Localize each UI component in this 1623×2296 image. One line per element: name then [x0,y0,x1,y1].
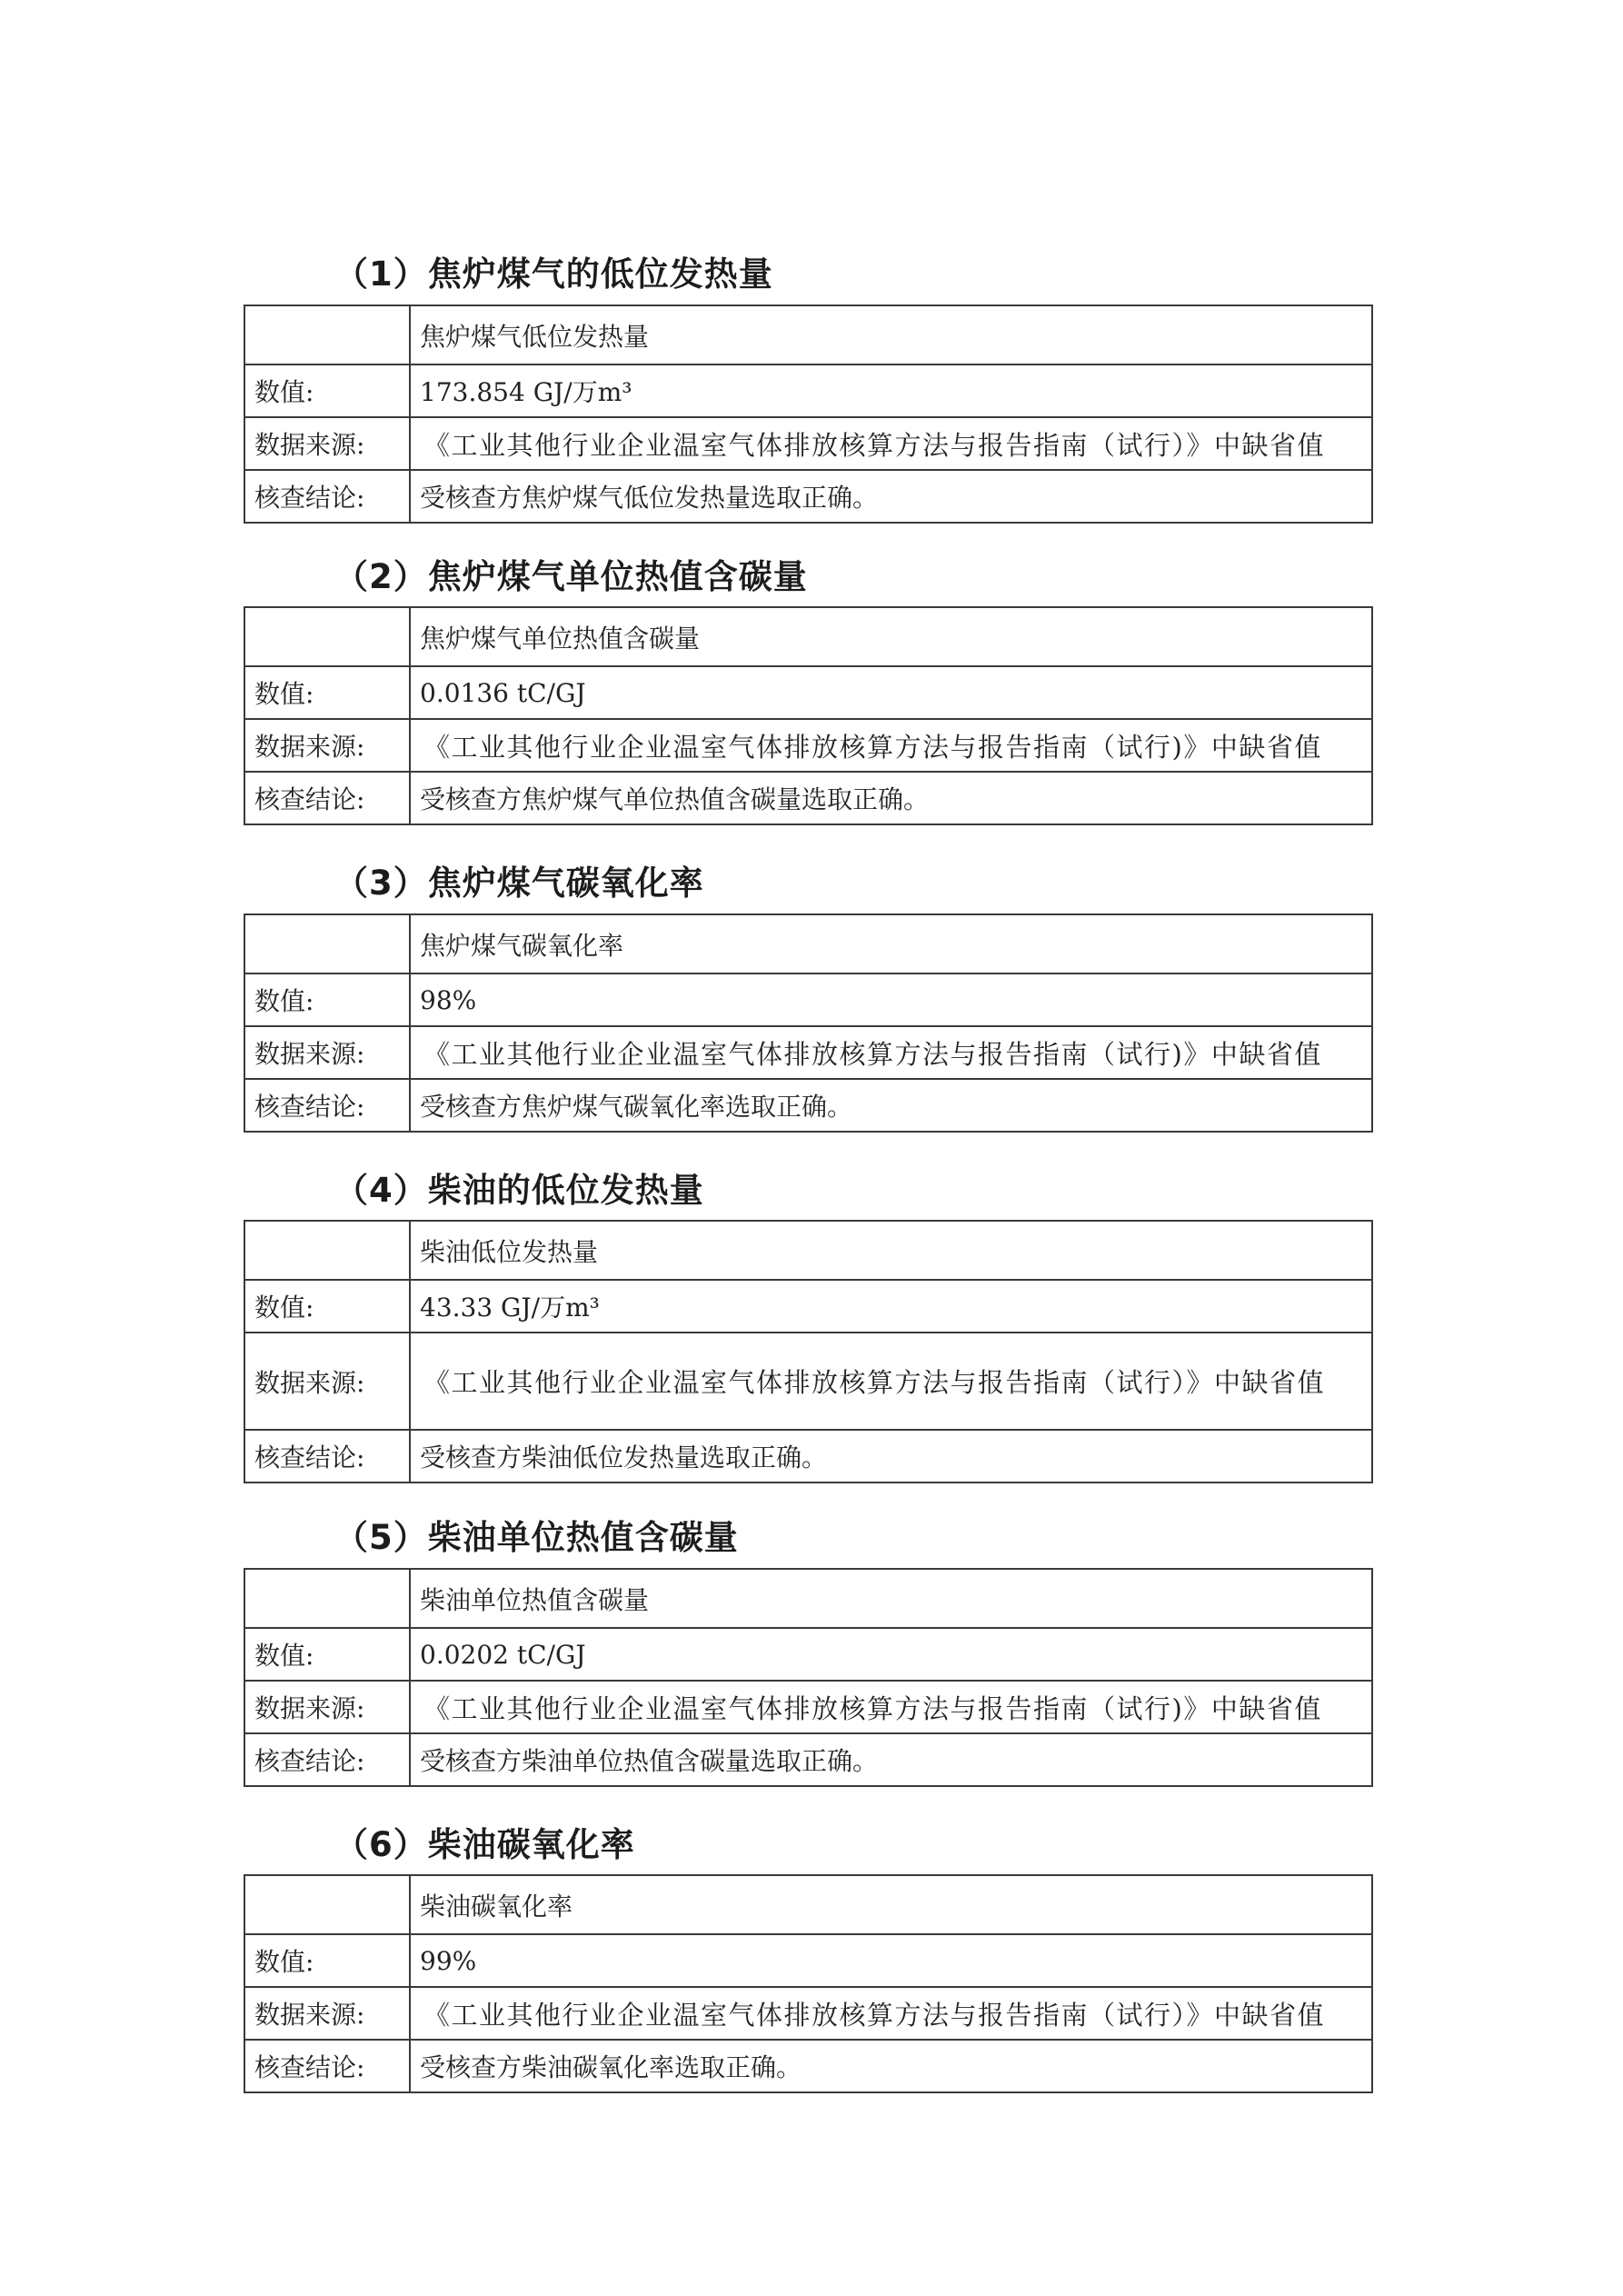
source-label: 数据来源: [244,1681,410,1733]
source-cell: 《工业其他行业企业温室气体排放核算方法与报告指南（试行)》中缺省值 [410,1681,1372,1733]
conclusion-label: 核查结论: [244,2040,410,2092]
value-label: 数值: [244,364,410,417]
conclusion-label: 核查结论: [244,1079,410,1132]
table-row-conclusion: 核查结论: 受核查方焦炉煤气碳氧化率选取正确。 [244,1079,1372,1132]
table-row-source: 数据来源: 《工业其他行业企业温室气体排放核算方法与报告指南（试行)》中缺省值 [244,1026,1372,1079]
value-cell: 43.33 GJ/万m³ [410,1280,1372,1333]
empty-label-cell [244,305,410,364]
section-6-table: 柴油碳氧化率 数值: 99% 数据来源: 《工业其他行业企业温室气体排放核算方法… [244,1874,1373,2093]
source-cell: 《工业其他行业企业温室气体排放核算方法与报告指南（试行)》中缺省值 [410,1026,1372,1079]
empty-label-cell [244,1569,410,1628]
value-cell: 99% [410,1934,1372,1987]
table-row-parameter: 焦炉煤气碳氧化率 [244,914,1372,973]
value-label: 数值: [244,666,410,719]
table-row-source: 数据来源: 《工业其他行业企业温室气体排放核算方法与报告指南（试行）》中缺省值 [244,417,1372,470]
table-row-value: 数值: 0.0136 tC/GJ [244,666,1372,719]
table-row-conclusion: 核查结论: 受核查方柴油碳氧化率选取正确。 [244,2040,1372,2092]
parameter-name: 柴油单位热值含碳量 [410,1569,1372,1628]
table-row-source: 数据来源: 《工业其他行业企业温室气体排放核算方法与报告指南（试行)》中缺省值 [244,1681,1372,1733]
source-label: 数据来源: [244,1987,410,2040]
section-6-heading: （6）柴油碳氧化率 [334,1825,635,1865]
conclusion-cell: 受核查方柴油单位热值含碳量选取正确。 [410,1733,1372,1786]
conclusion-cell: 受核查方焦炉煤气低位发热量选取正确。 [410,470,1372,523]
source-cell: 《工业其他行业企业温室气体排放核算方法与报告指南（试行）》中缺省值 [410,1987,1372,2040]
conclusion-label: 核查结论: [244,772,410,824]
section-3-table: 焦炉煤气碳氧化率 数值: 98% 数据来源: 《工业其他行业企业温室气体排放核算… [244,913,1373,1133]
table-row-conclusion: 核查结论: 受核查方柴油单位热值含碳量选取正确。 [244,1733,1372,1786]
parameter-name: 柴油碳氧化率 [410,1875,1372,1934]
table-row-parameter: 柴油碳氧化率 [244,1875,1372,1934]
conclusion-label: 核查结论: [244,1430,410,1482]
table-row-source: 数据来源: 《工业其他行业企业温室气体排放核算方法与报告指南（试行）》中缺省值 [244,1987,1372,2040]
section-2-heading: （2）焦炉煤气单位热值含碳量 [334,557,808,597]
section-3-heading: （3）焦炉煤气碳氧化率 [334,863,704,903]
conclusion-label: 核查结论: [244,470,410,523]
source-label: 数据来源: [244,719,410,772]
value-label: 数值: [244,1934,410,1987]
table-row-value: 数值: 43.33 GJ/万m³ [244,1280,1372,1333]
source-cell: 《工业其他行业企业温室气体排放核算方法与报告指南（试行）》中缺省值 [410,417,1372,470]
table-row-value: 数值: 98% [244,973,1372,1026]
conclusion-cell: 受核查方焦炉煤气碳氧化率选取正确。 [410,1079,1372,1132]
table-row-conclusion: 核查结论: 受核查方柴油低位发热量选取正确。 [244,1430,1372,1482]
section-4-heading: （4）柴油的低位发热量 [334,1171,704,1211]
conclusion-cell: 受核查方柴油碳氧化率选取正确。 [410,2040,1372,2092]
table-row-value: 数值: 99% [244,1934,1372,1987]
empty-label-cell [244,1221,410,1280]
section-2-table: 焦炉煤气单位热值含碳量 数值: 0.0136 tC/GJ 数据来源: 《工业其他… [244,606,1373,825]
table-row-parameter: 柴油低位发热量 [244,1221,1372,1280]
source-label: 数据来源: [244,1026,410,1079]
empty-label-cell [244,1875,410,1934]
value-label: 数值: [244,1628,410,1681]
table-row-conclusion: 核查结论: 受核查方焦炉煤气单位热值含碳量选取正确。 [244,772,1372,824]
table-row-value: 数值: 173.854 GJ/万m³ [244,364,1372,417]
section-5-heading: （5）柴油单位热值含碳量 [334,1518,739,1558]
value-cell: 173.854 GJ/万m³ [410,364,1372,417]
empty-label-cell [244,914,410,973]
conclusion-cell: 受核查方柴油低位发热量选取正确。 [410,1430,1372,1482]
value-cell: 0.0136 tC/GJ [410,666,1372,719]
parameter-name: 焦炉煤气低位发热量 [410,305,1372,364]
source-label: 数据来源: [244,417,410,470]
section-1-table: 焦炉煤气低位发热量 数值: 173.854 GJ/万m³ 数据来源: 《工业其他… [244,304,1373,524]
value-cell: 98% [410,973,1372,1026]
table-row-conclusion: 核查结论: 受核查方焦炉煤气低位发热量选取正确。 [244,470,1372,523]
section-1-heading: （1）焦炉煤气的低位发热量 [334,255,773,294]
source-cell: 《工业其他行业企业温室气体排放核算方法与报告指南（试行）》中缺省值 [410,1333,1372,1430]
conclusion-cell: 受核查方焦炉煤气单位热值含碳量选取正确。 [410,772,1372,824]
parameter-name: 柴油低位发热量 [410,1221,1372,1280]
value-label: 数值: [244,1280,410,1333]
parameter-name: 焦炉煤气单位热值含碳量 [410,607,1372,666]
source-label: 数据来源: [244,1333,410,1430]
table-row-source: 数据来源: 《工业其他行业企业温室气体排放核算方法与报告指南（试行)》中缺省值 [244,719,1372,772]
parameter-name: 焦炉煤气碳氧化率 [410,914,1372,973]
section-5-table: 柴油单位热值含碳量 数值: 0.0202 tC/GJ 数据来源: 《工业其他行业… [244,1568,1373,1787]
table-row-parameter: 焦炉煤气低位发热量 [244,305,1372,364]
value-cell: 0.0202 tC/GJ [410,1628,1372,1681]
table-row-parameter: 焦炉煤气单位热值含碳量 [244,607,1372,666]
value-label: 数值: [244,973,410,1026]
conclusion-label: 核查结论: [244,1733,410,1786]
source-cell: 《工业其他行业企业温室气体排放核算方法与报告指南（试行)》中缺省值 [410,719,1372,772]
table-row-source: 数据来源: 《工业其他行业企业温室气体排放核算方法与报告指南（试行）》中缺省值 [244,1333,1372,1430]
table-row-value: 数值: 0.0202 tC/GJ [244,1628,1372,1681]
empty-label-cell [244,607,410,666]
table-row-parameter: 柴油单位热值含碳量 [244,1569,1372,1628]
section-4-table: 柴油低位发热量 数值: 43.33 GJ/万m³ 数据来源: 《工业其他行业企业… [244,1220,1373,1483]
